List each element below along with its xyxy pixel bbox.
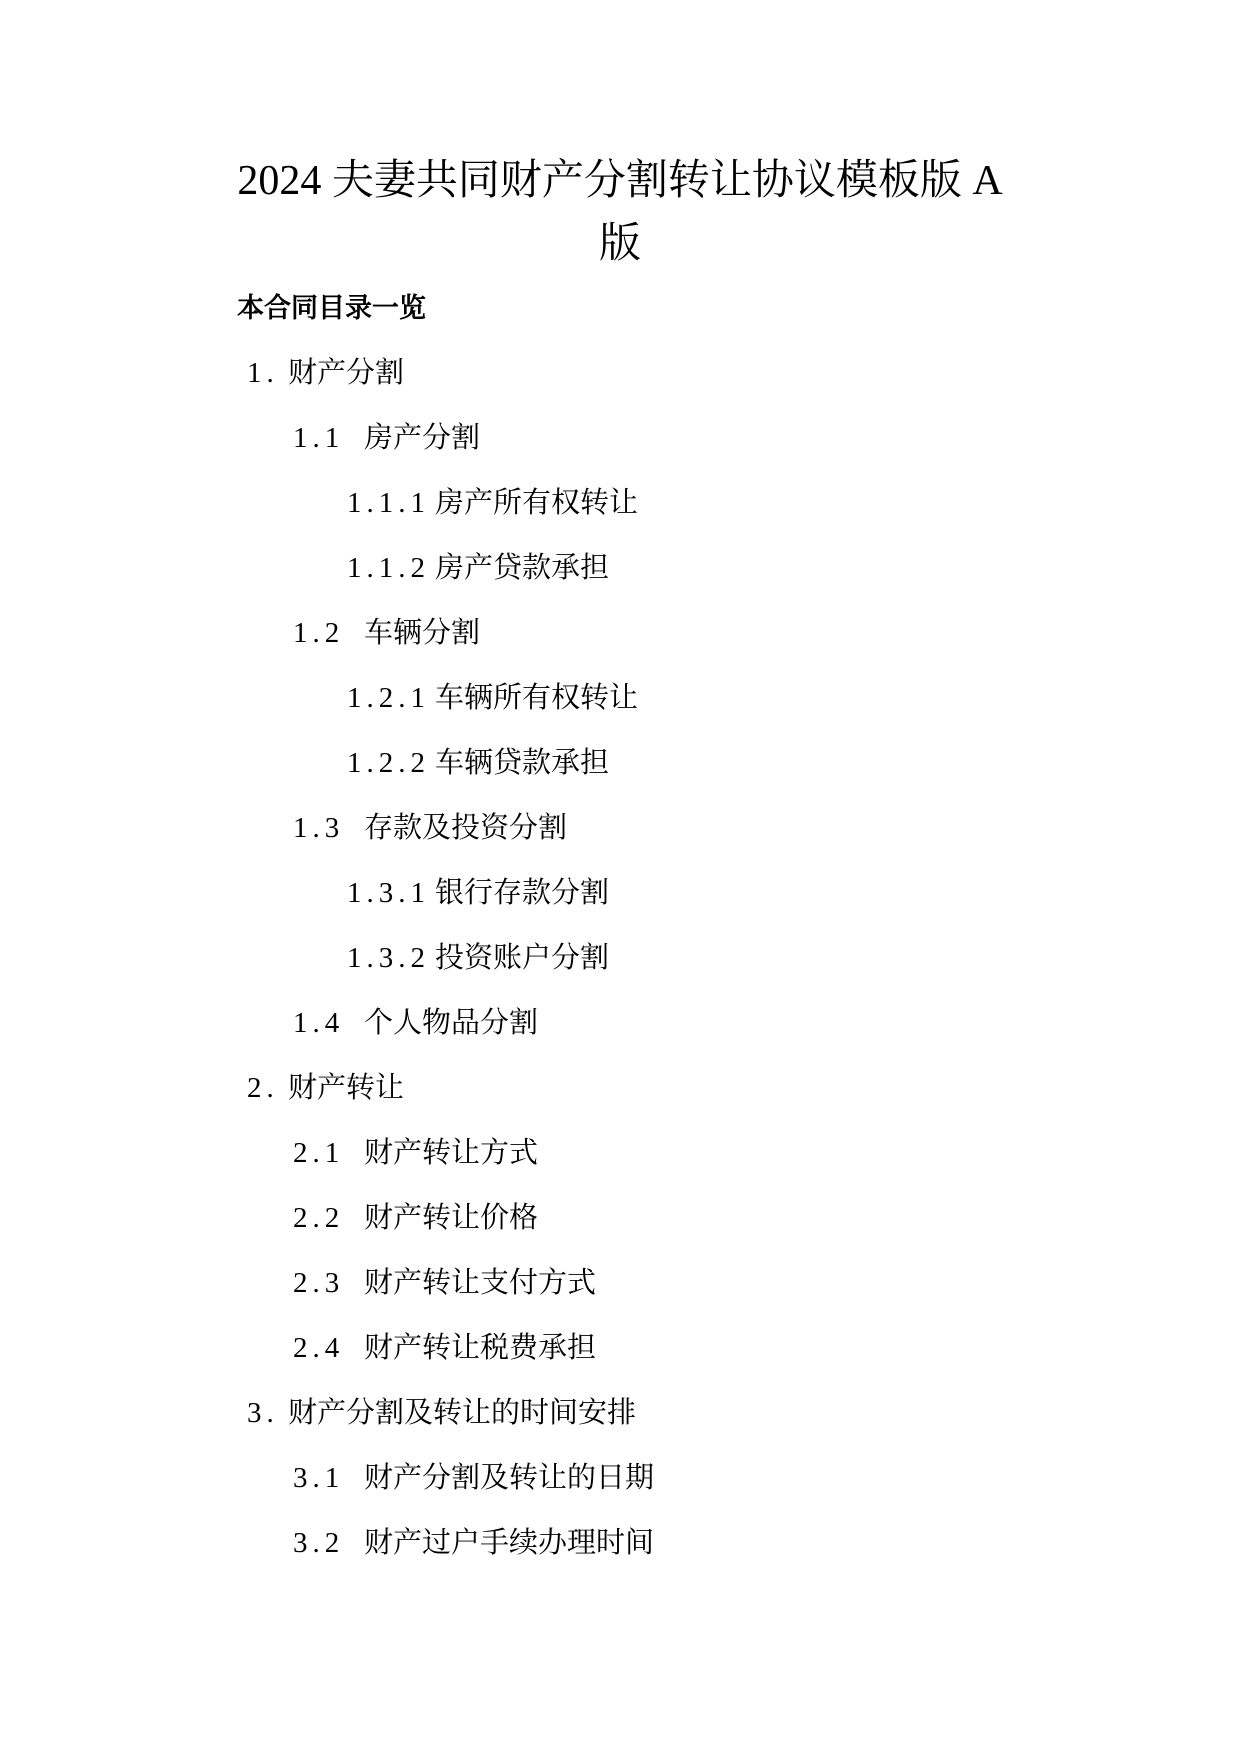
toc-item-number: 2. [247,1056,288,1121]
toc-item: 2.4财产转让税费承担 [293,1316,1240,1381]
toc-item-number: 1.1.2 [347,536,435,601]
toc-item-label: 房产分割 [364,422,480,454]
toc-item: 1.1房产分割 [293,406,1240,471]
toc-item: 3.财产分割及转让的时间安排 [247,1381,1240,1446]
toc-item: 1.3存款及投资分割 [293,796,1240,861]
toc-item-label: 财产转让价格 [364,1202,538,1234]
toc-item-label: 房产贷款承担 [435,552,609,584]
toc-item-label: 个人物品分割 [364,1007,538,1039]
toc-item-number: 1.4 [293,991,364,1056]
toc-item-label: 财产过户手续办理时间 [364,1527,654,1559]
toc-item: 1.1.2房产贷款承担 [347,536,1240,601]
toc-item-number: 1.3 [293,796,364,861]
toc-item: 1.2.1车辆所有权转让 [347,666,1240,731]
toc-item: 2.1财产转让方式 [293,1121,1240,1186]
toc-item-number: 3.2 [293,1511,364,1576]
toc-item: 1.3.2投资账户分割 [347,926,1240,991]
toc-item-number: 1.3.1 [347,861,435,926]
toc-item-number: 1.2.2 [347,731,435,796]
toc-item-number: 1.1 [293,406,364,471]
toc-item-label: 车辆贷款承担 [435,747,609,779]
toc-item-number: 1.2 [293,601,364,666]
toc-item-number: 2.4 [293,1316,364,1381]
toc-item-number: 1.2.1 [347,666,435,731]
toc-item-number: 2.1 [293,1121,364,1186]
toc-item: 3.2财产过户手续办理时间 [293,1511,1240,1576]
toc-item-label: 车辆所有权转让 [435,682,638,714]
page-title: 2024 夫妻共同财产分割转让协议模板版 A 版 [180,150,1060,276]
toc-item-label: 房产所有权转让 [435,487,638,519]
toc-item: 1.3.1银行存款分割 [347,861,1240,926]
toc-item-label: 财产转让方式 [364,1137,538,1169]
toc-item: 1.4个人物品分割 [293,991,1240,1056]
toc-item: 2.2财产转让价格 [293,1186,1240,1251]
document-page: 2024 夫妻共同财产分割转让协议模板版 A 版 本合同目录一览 1.财产分割 … [0,0,1240,1753]
toc-item: 1.2.2车辆贷款承担 [347,731,1240,796]
toc-item: 3.1财产分割及转让的日期 [293,1446,1240,1511]
toc-item-label: 财产转让 [288,1072,404,1104]
toc-item-number: 2.2 [293,1186,364,1251]
toc-item-label: 银行存款分割 [435,877,609,909]
toc-item-number: 2.3 [293,1251,364,1316]
toc-item: 1.1.1房产所有权转让 [347,471,1240,536]
toc-item: 2.3财产转让支付方式 [293,1251,1240,1316]
toc-item-label: 财产分割 [288,357,404,389]
toc-item: 1.2车辆分割 [293,601,1240,666]
toc-item-label: 财产转让税费承担 [364,1332,596,1364]
toc-item-number: 1.1.1 [347,471,435,536]
toc-item-number: 3. [247,1381,288,1446]
toc-item-label: 存款及投资分割 [364,812,567,844]
toc-item-label: 财产转让支付方式 [364,1267,596,1299]
page-title-line-2: 版 [180,213,1060,276]
toc-item-number: 3.1 [293,1446,364,1511]
toc-item: 1.财产分割 [247,341,1240,406]
toc-list: 1.财产分割 1.1房产分割 1.1.1房产所有权转让 1.1.2房产贷款承担 … [0,341,1240,1576]
toc-item-label: 投资账户分割 [435,942,609,974]
toc-item-label: 财产分割及转让的时间安排 [288,1397,636,1429]
toc-item-label: 财产分割及转让的日期 [364,1462,654,1494]
toc-heading: 本合同目录一览 [237,276,1240,341]
toc-item-number: 1. [247,341,288,406]
page-title-line-1: 2024 夫妻共同财产分割转让协议模板版 A [180,150,1060,213]
toc-item-label: 车辆分割 [364,617,480,649]
toc-item-number: 1.3.2 [347,926,435,991]
toc-item: 2.财产转让 [247,1056,1240,1121]
